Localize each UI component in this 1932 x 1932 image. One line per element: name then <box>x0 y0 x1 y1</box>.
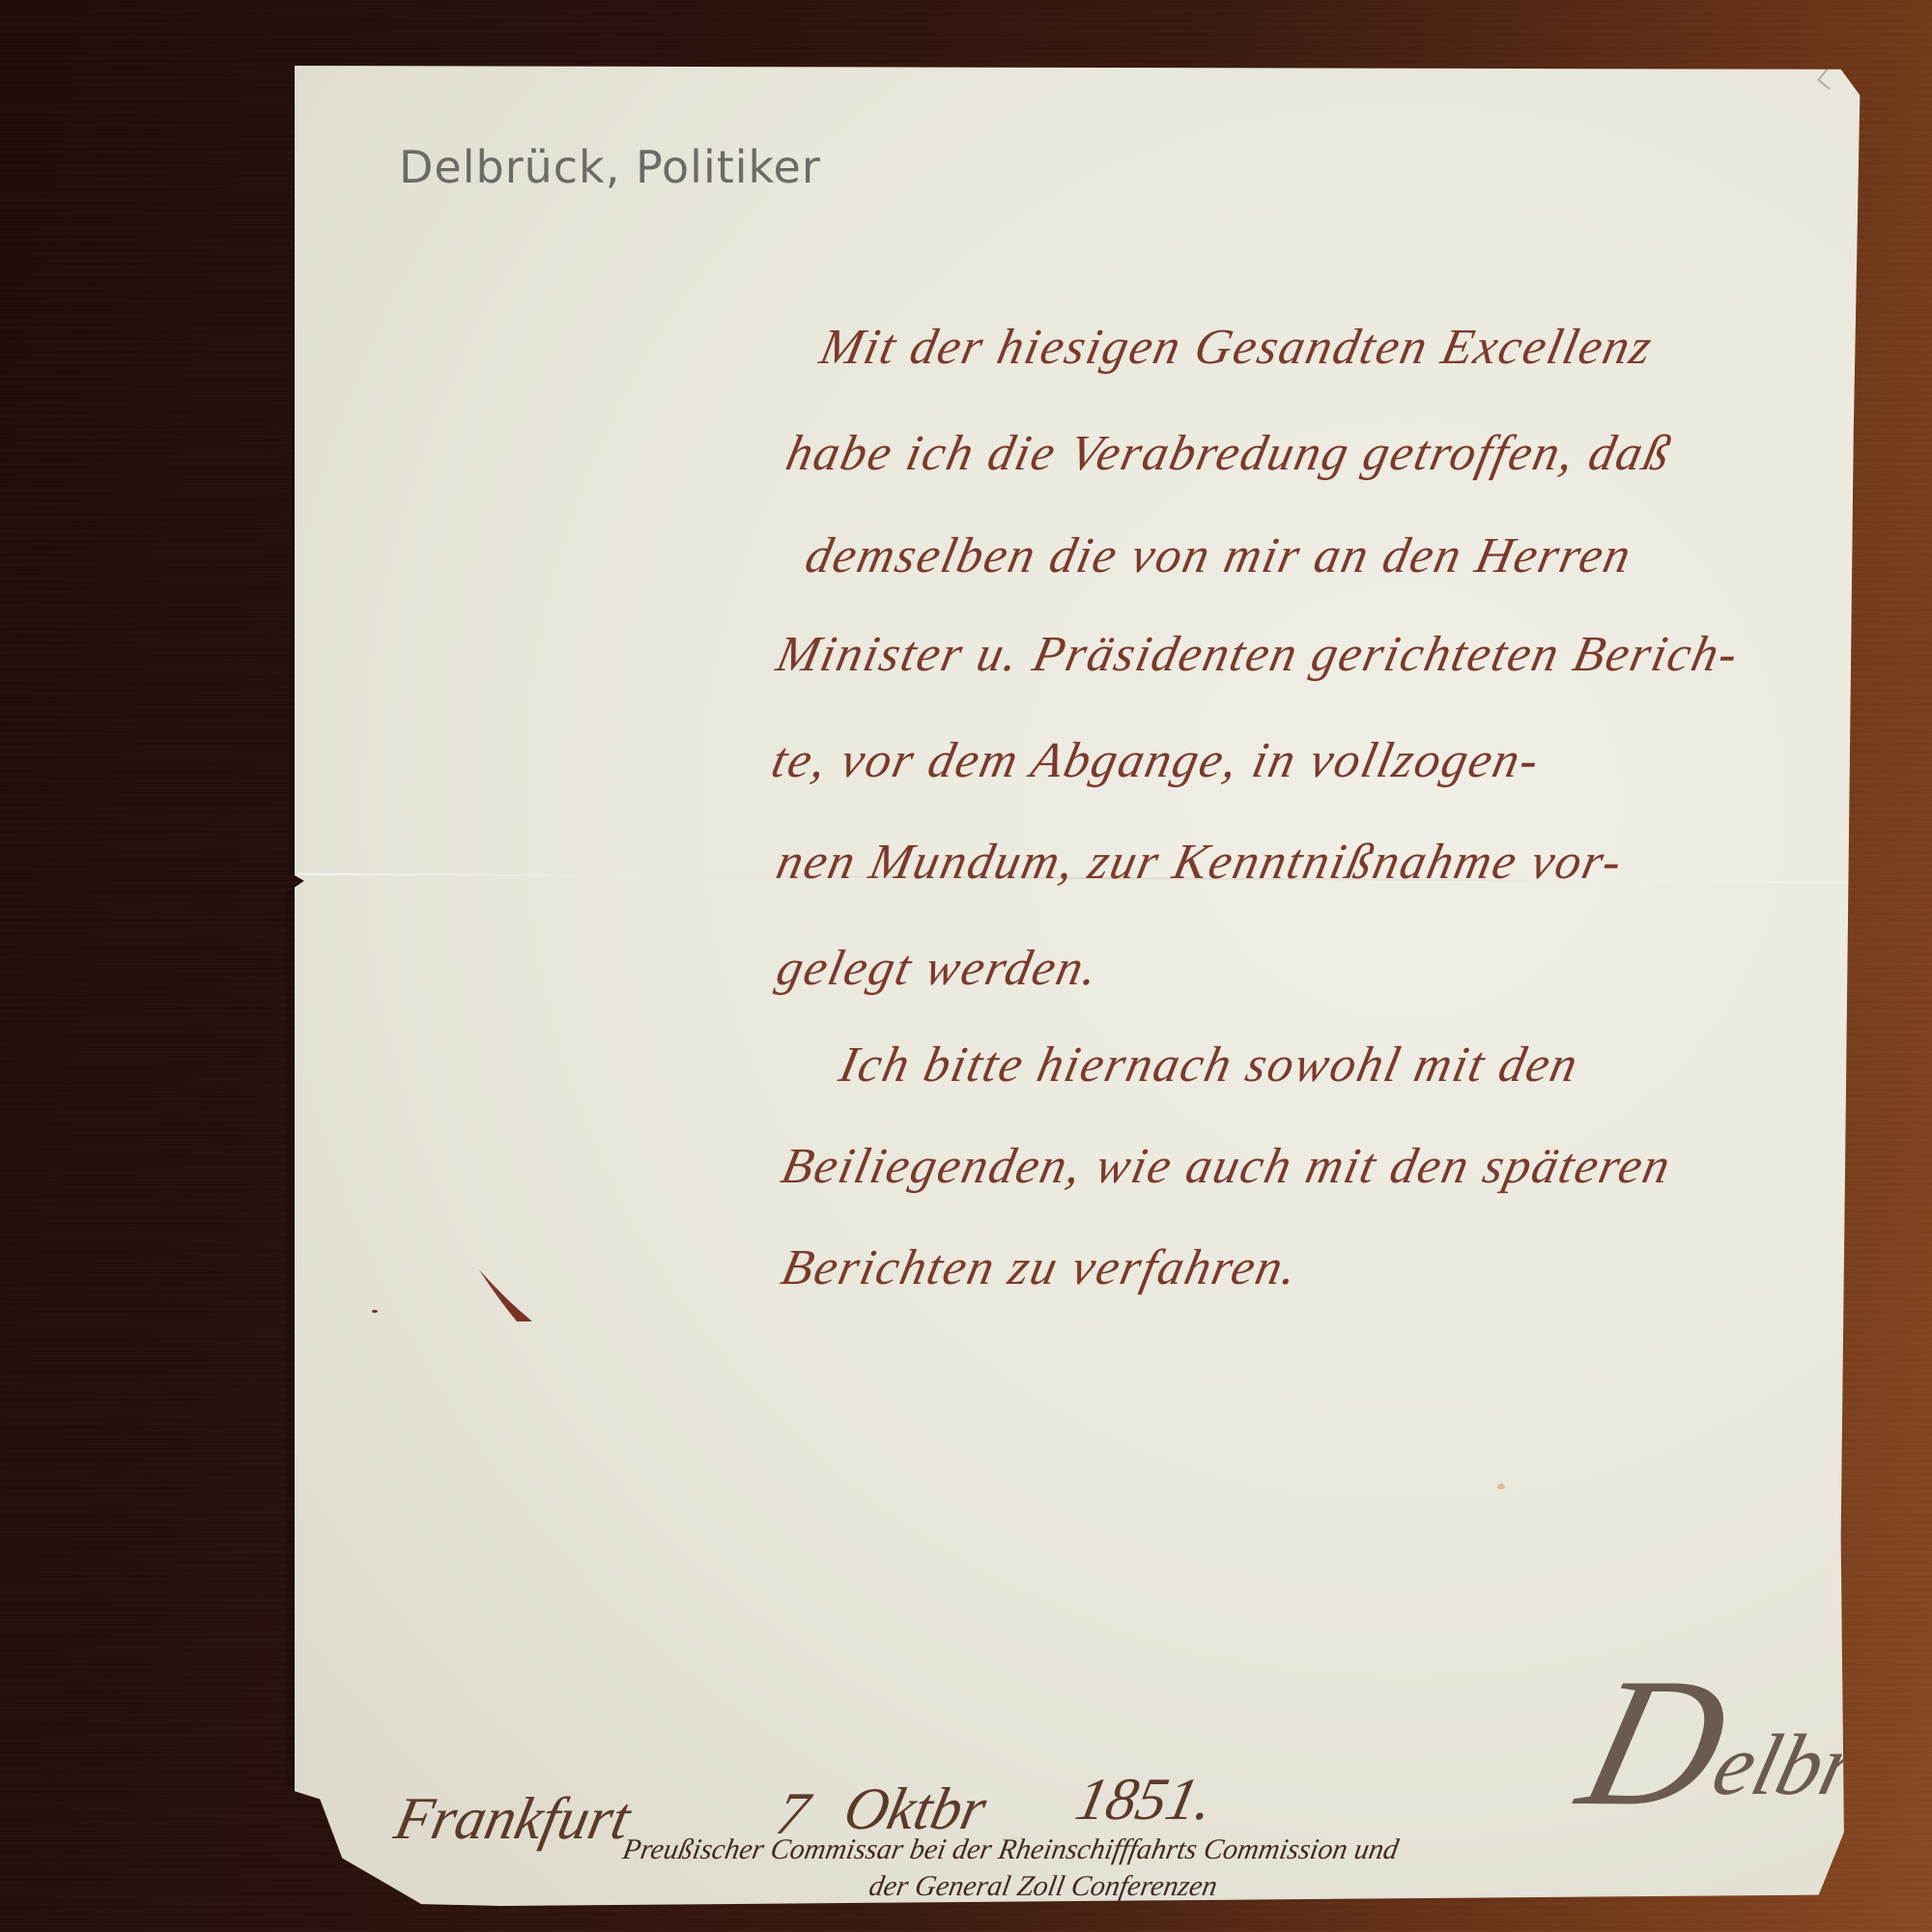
folded-corner <box>1817 67 1840 90</box>
body-line-4: Minister u. Präsidenten gerichteten Beri… <box>772 626 1745 683</box>
official-line-2: der General Zoll Conferenzen <box>867 1870 1220 1903</box>
signature-initial: D <box>1564 1641 1747 1844</box>
body-line-8: Ich bitte hiernach sowohl mit den <box>835 1037 1584 1094</box>
place-name: Frankfurt <box>388 1785 636 1854</box>
ink-speck <box>372 1310 378 1313</box>
body-line-5: te, vor dem Abgange, in vollzogen- <box>767 732 1546 789</box>
body-line-3: demselben die von mir an den Herren <box>801 527 1637 584</box>
body-line-10: Berichten zu verfahren. <box>777 1239 1304 1296</box>
ink-blot <box>473 1235 560 1321</box>
paper-stain <box>1497 1484 1505 1490</box>
body-line-7: gelegt werden. <box>772 940 1105 997</box>
signature-rest: elbrück <box>1704 1718 1932 1813</box>
body-line-2: habe ich die Verabredung getroffen, daß <box>781 425 1677 482</box>
body-line-9: Beiliegenden, wie auch mit den späteren <box>777 1138 1677 1195</box>
date-year: 1851. <box>1069 1766 1219 1834</box>
signature: Delbrück <box>1571 1669 1932 1816</box>
official-line-1: Preußischer Commissar bei der Rheinschif… <box>620 1833 1401 1866</box>
body-line-1: Mit der hiesigen Gesandten Excellenz <box>815 319 1659 376</box>
pencil-archive-annotation: Delbrück, Politiker <box>399 141 821 193</box>
body-line-6: nen Mundum, zur Kenntnißnahme vor- <box>772 834 1629 891</box>
letter-sheet: Delbrück, Politiker Mit der hiesigen Ges… <box>295 66 1879 1906</box>
